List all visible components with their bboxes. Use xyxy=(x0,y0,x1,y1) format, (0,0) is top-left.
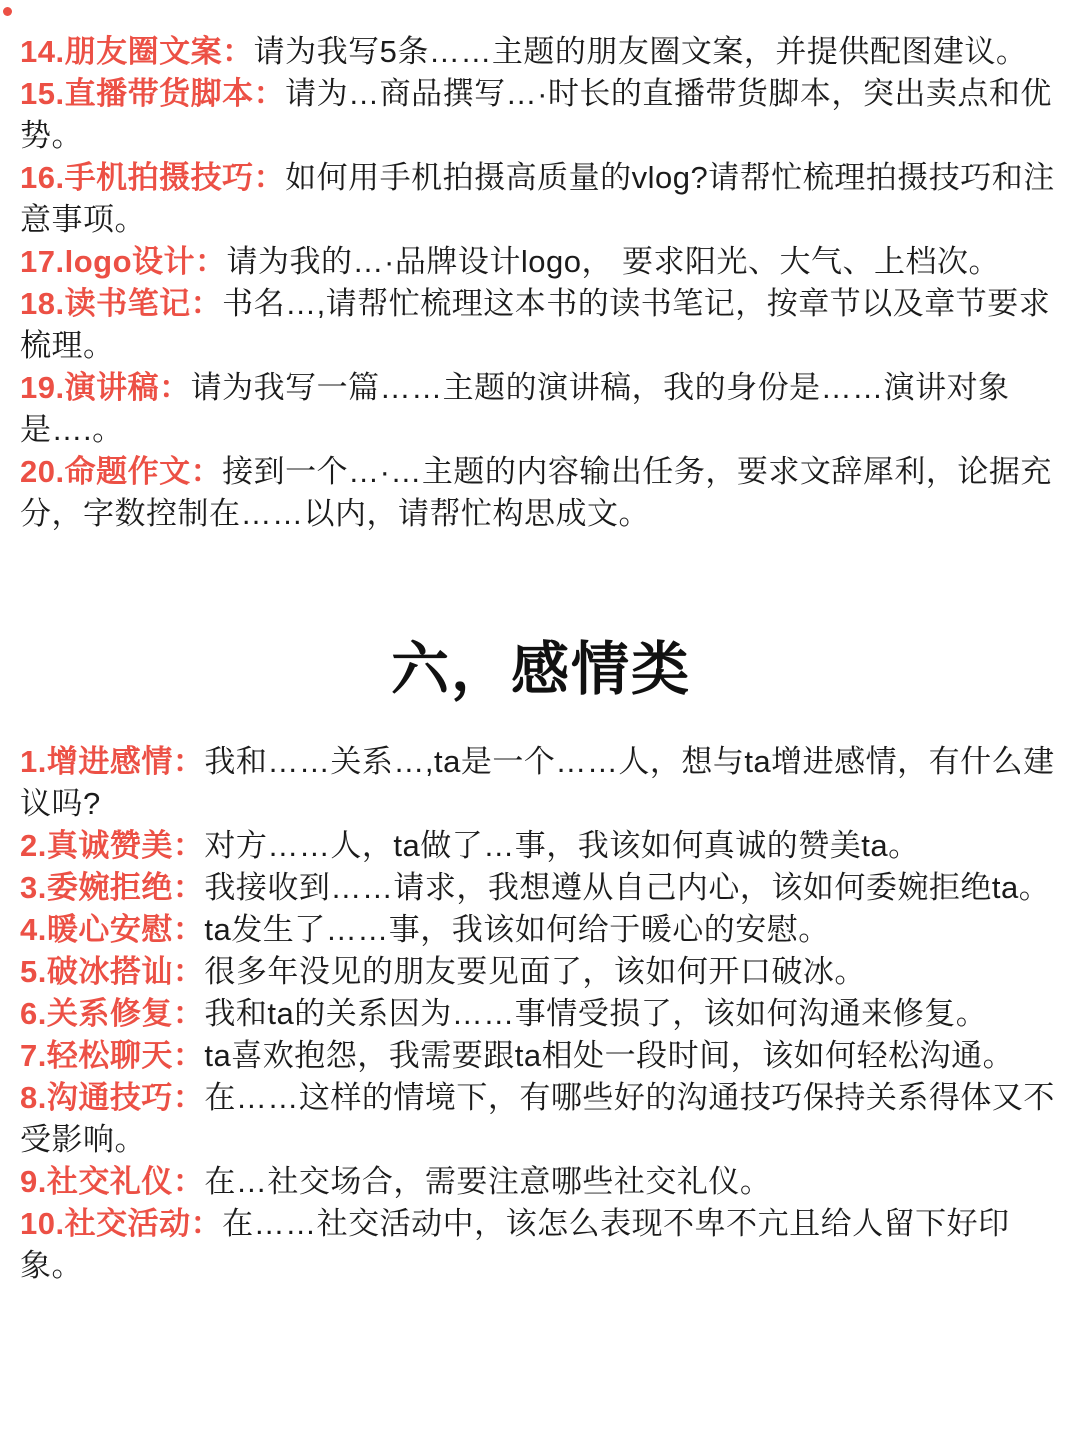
prompt-item-14: 14.朋友圈文案：请为我写5条……主题的朋友圈文案，并提供配图建议。 xyxy=(20,31,1062,73)
prompt-label: 2.真诚赞美： xyxy=(20,828,204,863)
prompt-text: ta喜欢抱怨，我需要跟ta相处一段时间，该如何轻松沟通。 xyxy=(204,1038,1014,1073)
prompt-label: 8.沟通技巧： xyxy=(20,1080,204,1115)
prompt-text: 很多年没见的朋友要见面了，该如何开口破冰。 xyxy=(204,954,866,989)
prompt-item-3: 3.委婉拒绝：我接收到……请求，我想遵从自己内心，该如何委婉拒绝ta。 xyxy=(20,867,1062,909)
note-page: 14.朋友圈文案：请为我写5条……主题的朋友圈文案，并提供配图建议。 15.直播… xyxy=(0,0,1080,1443)
prompt-item-5: 5.破冰搭讪：很多年没见的朋友要见面了，该如何开口破冰。 xyxy=(20,951,1062,993)
prompt-label: 7.轻松聊天： xyxy=(20,1038,204,1073)
prompt-text: 对方……人，ta做了…事，我该如何真诚的赞美ta。 xyxy=(204,828,919,863)
prompt-label: 4.暖心安慰： xyxy=(20,912,204,947)
prompt-item-19: 19.演讲稿：请为我写一篇……主题的演讲稿，我的身份是……演讲对象是….。 xyxy=(20,367,1062,451)
prompt-item-6: 6.关系修复：我和ta的关系因为……事情受损了，该如何沟通来修复。 xyxy=(20,993,1062,1035)
section-heading-emotion: 六，感情类 xyxy=(20,635,1062,705)
prompt-text: 我和ta的关系因为……事情受损了，该如何沟通来修复。 xyxy=(204,996,987,1031)
prompt-item-20: 20.命题作文：接到一个…·…主题的内容输出任务，要求文辞犀利，论据充分，字数控… xyxy=(20,451,1062,535)
prompt-label: 1.增进感情： xyxy=(20,744,204,779)
prompt-item-15: 15.直播带货脚本：请为…商品撰写…·时长的直播带货脚本，突出卖点和优势。 xyxy=(20,73,1062,157)
prompt-label: 6.关系修复： xyxy=(20,996,204,1031)
prompt-item-7: 7.轻松聊天：ta喜欢抱怨，我需要跟ta相处一段时间，该如何轻松沟通。 xyxy=(20,1035,1062,1077)
prompt-text: 请为我写5条……主题的朋友圈文案，并提供配图建议。 xyxy=(254,34,1028,69)
prompt-item-2: 2.真诚赞美：对方……人，ta做了…事，我该如何真诚的赞美ta。 xyxy=(20,825,1062,867)
prompt-label: 3.委婉拒绝： xyxy=(20,870,204,905)
prompt-text: 我接收到……请求，我想遵从自己内心，该如何委婉拒绝ta。 xyxy=(204,870,1050,905)
prompt-label: 17.logo设计： xyxy=(20,244,227,279)
prompt-item-1: 1.增进感情：我和……关系…,ta是一个……人，想与ta增进感情，有什么建议吗? xyxy=(20,741,1062,825)
prompt-item-17: 17.logo设计：请为我的…·品牌设计logo， 要求阳光、大气、上档次。 xyxy=(20,241,1062,283)
prompt-text: 在…社交场合，需要注意哪些社交礼仪。 xyxy=(204,1164,771,1199)
prompt-label: 5.破冰搭讪： xyxy=(20,954,204,989)
prompt-text: 请为我的…·品牌设计logo， 要求阳光、大气、上档次。 xyxy=(227,244,1001,279)
emotion-prompts-section: 1.增进感情：我和……关系…,ta是一个……人，想与ta增进感情，有什么建议吗?… xyxy=(20,741,1062,1287)
red-corner-mark xyxy=(3,7,12,16)
prompt-item-10: 10.社交活动：在……社交活动中，该怎么表现不卑不亢且给人留下好印象。 xyxy=(20,1203,1062,1287)
prompt-label: 18.读书笔记： xyxy=(20,286,222,321)
prompt-label: 9.社交礼仪： xyxy=(20,1164,204,1199)
writing-prompts-section: 14.朋友圈文案：请为我写5条……主题的朋友圈文案，并提供配图建议。 15.直播… xyxy=(20,31,1062,535)
prompt-label: 14.朋友圈文案： xyxy=(20,34,254,69)
prompt-item-4: 4.暖心安慰：ta发生了……事，我该如何给于暖心的安慰。 xyxy=(20,909,1062,951)
prompt-label: 15.直播带货脚本： xyxy=(20,76,285,111)
prompt-label: 16.手机拍摄技巧： xyxy=(20,160,285,195)
prompt-text: ta发生了……事，我该如何给于暖心的安慰。 xyxy=(204,912,829,947)
prompt-label: 19.演讲稿： xyxy=(20,370,191,405)
prompt-label: 10.社交活动： xyxy=(20,1206,222,1241)
prompt-label: 20.命题作文： xyxy=(20,454,222,489)
prompt-item-16: 16.手机拍摄技巧：如何用手机拍摄高质量的vlog?请帮忙梳理拍摄技巧和注意事项… xyxy=(20,157,1062,241)
prompt-item-9: 9.社交礼仪：在…社交场合，需要注意哪些社交礼仪。 xyxy=(20,1161,1062,1203)
prompt-item-8: 8.沟通技巧：在……这样的情境下，有哪些好的沟通技巧保持关系得体又不受影响。 xyxy=(20,1077,1062,1161)
prompt-item-18: 18.读书笔记：书名…,请帮忙梳理这本书的读书笔记，按章节以及章节要求梳理。 xyxy=(20,283,1062,367)
